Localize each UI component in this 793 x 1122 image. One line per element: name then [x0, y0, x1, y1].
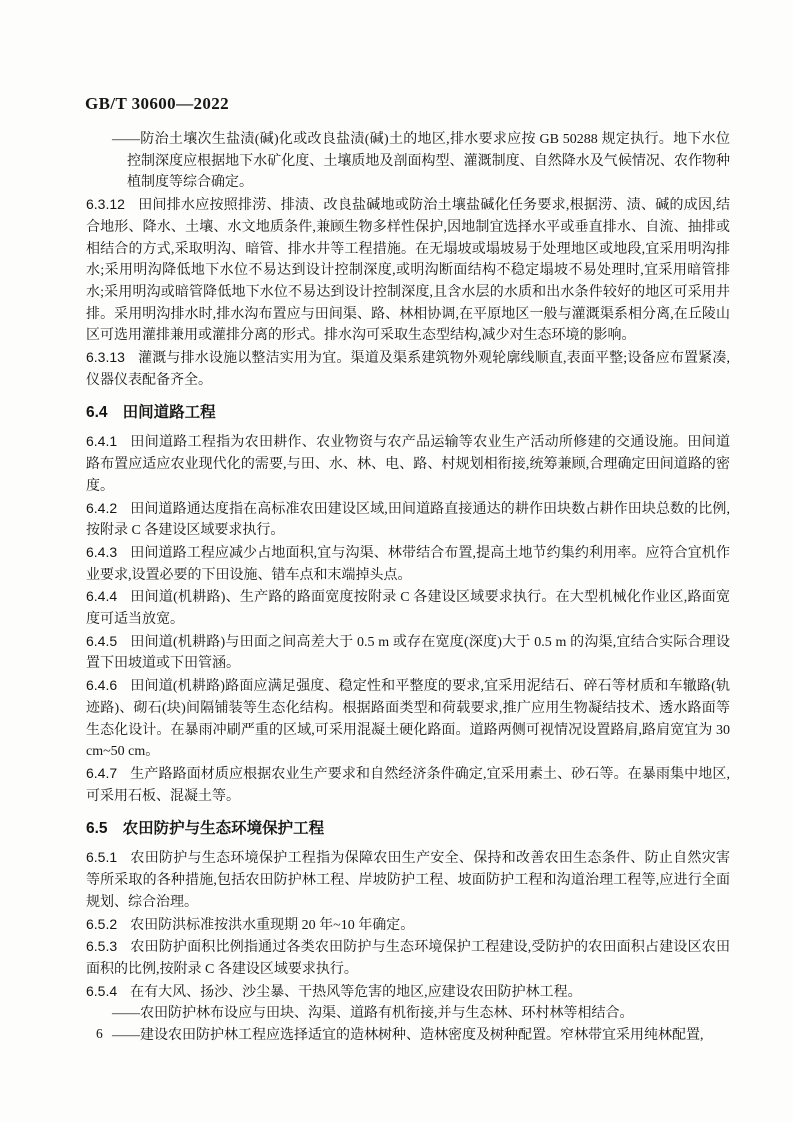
clause-number: 6.3.13 [86, 349, 125, 365]
clause-number: 6.4.6 [86, 677, 117, 693]
clause-number: 6.4.4 [86, 588, 117, 604]
clause-number: 6.4.3 [86, 544, 117, 560]
clause-number: 6.4.2 [86, 500, 117, 516]
section-heading: 6.5农田防护与生态环境保护工程 [86, 818, 730, 840]
clause-number: 6.5.2 [86, 916, 117, 932]
clause-text: 田间道路通达度指在高标准农田建设区域,田间道路直接通达的耕作田块数占耕作田块总数… [86, 502, 730, 539]
clause-paragraph: 6.4.4田间道(机耕路)、生产路的路面宽度按附录 C 各建设区域要求执行。在大… [86, 586, 730, 630]
clause-paragraph: 6.4.7生产路路面材质应根据农业生产要求和自然经济条件确定,宜采用素土、砂石等… [86, 763, 730, 807]
clause-paragraph: 6.3.12田间排水应按照排涝、排渍、改良盐碱地或防治土壤盐碱化任务要求,根据涝… [86, 194, 730, 347]
clause-text: 田间排水应按照排涝、排渍、改良盐碱地或防治土壤盐碱化任务要求,根据涝、渍、碱的成… [86, 198, 730, 343]
clause-number: 6.4.7 [86, 765, 117, 781]
section-number: 6.5 [86, 820, 108, 837]
clause-number: 6.4.5 [86, 633, 117, 649]
clause-text: 田间道路工程应减少占地面积,宜与沟渠、林带结合布置,提高土地节约集约利用率。应符… [86, 546, 730, 583]
clause-text: 农田防洪标准按洪水重现期 20 年~10 年确定。 [130, 918, 414, 933]
clause-paragraph: 6.5.2农田防洪标准按洪水重现期 20 年~10 年确定。 [86, 914, 730, 937]
clause-paragraph: 6.4.1田间道路工程指为农田耕作、农业物资与农产品运输等农业生产活动所修建的交… [86, 431, 730, 497]
clause-number: 6.4.1 [86, 433, 117, 449]
clause-paragraph: 6.4.3田间道路工程应减少占地面积,宜与沟渠、林带结合布置,提高土地节约集约利… [86, 542, 730, 586]
clause-text: 田间道(机耕路)路面应满足强度、稳定性和平整度的要求,宜采用泥结石、碎石等材质和… [86, 679, 730, 759]
clause-paragraph: 6.5.4在有大风、扬沙、沙尘暴、干热风等危害的地区,应建设农田防护林工程。 [86, 981, 730, 1004]
document-body: ——防治土壤次生盐渍(碱)化或改良盐渍(碱)土的地区,排水要求应按 GB 502… [86, 129, 730, 1047]
clause-number: 6.5.3 [86, 938, 117, 954]
dash-list-item: ——农田防护林布设应与田块、沟渠、道路有机衔接,并与生态林、环村林等相结合。 [86, 1003, 730, 1025]
clause-paragraph: 6.4.5田间道(机耕路)与田面之间高差大于 0.5 m 或存在宽度(深度)大于… [86, 631, 730, 675]
clause-number: 6.3.12 [86, 196, 125, 212]
page-number: 6 [96, 1026, 103, 1042]
clause-text: 灌溉与排水设施以整洁实用为宜。渠道及渠系建筑物外观轮廓线顺直,表面平整;设备应布… [86, 351, 730, 388]
clause-text: 农田防护与生态环境保护工程指为保障农田生产安全、保持和改善农田生态条件、防止自然… [86, 851, 730, 909]
clause-text: 农田防护面积比例指通过各类农田防护与生态环境保护工程建设,受防护的农田面积占建设… [86, 940, 730, 977]
section-title: 田间道路工程 [123, 404, 216, 421]
clause-text: 田间道(机耕路)与田面之间高差大于 0.5 m 或存在宽度(深度)大于 0.5 … [86, 635, 730, 672]
section-title: 农田防护与生态环境保护工程 [123, 820, 325, 837]
clause-text: 田间道路工程指为农田耕作、农业物资与农产品运输等农业生产活动所修建的交通设施。田… [86, 435, 730, 493]
section-heading: 6.4田间道路工程 [86, 402, 730, 424]
dash-list-item: ——建设农田防护林工程应选择适宜的造林树种、造林密度及树种配置。窄林带宜采用纯林… [86, 1025, 730, 1047]
clause-text: 生产路路面材质应根据农业生产要求和自然经济条件确定,宜采用素土、砂石等。在暴雨集… [86, 767, 730, 804]
clause-text: 田间道(机耕路)、生产路的路面宽度按附录 C 各建设区域要求执行。在大型机械化作… [86, 590, 730, 627]
clause-paragraph: 6.5.1农田防护与生态环境保护工程指为保障农田生产安全、保持和改善农田生态条件… [86, 847, 730, 913]
dash-list-item: ——防治土壤次生盐渍(碱)化或改良盐渍(碱)土的地区,排水要求应按 GB 502… [86, 129, 730, 194]
clause-text: 在有大风、扬沙、沙尘暴、干热风等危害的地区,应建设农田防护林工程。 [130, 985, 582, 1000]
clause-number: 6.5.4 [86, 983, 117, 999]
clause-paragraph: 6.4.6田间道(机耕路)路面应满足强度、稳定性和平整度的要求,宜采用泥结石、碎… [86, 675, 730, 763]
clause-number: 6.5.1 [86, 849, 117, 865]
standard-code-header: GB/T 30600—2022 [85, 94, 229, 114]
document-page: GB/T 30600—2022 ——防治土壤次生盐渍(碱)化或改良盐渍(碱)土的… [0, 0, 793, 1122]
section-number: 6.4 [86, 404, 108, 421]
clause-paragraph: 6.4.2田间道路通达度指在高标准农田建设区域,田间道路直接通达的耕作田块数占耕… [86, 498, 730, 542]
clause-paragraph: 6.3.13灌溉与排水设施以整洁实用为宜。渠道及渠系建筑物外观轮廓线顺直,表面平… [86, 347, 730, 391]
clause-paragraph: 6.5.3农田防护面积比例指通过各类农田防护与生态环境保护工程建设,受防护的农田… [86, 936, 730, 980]
